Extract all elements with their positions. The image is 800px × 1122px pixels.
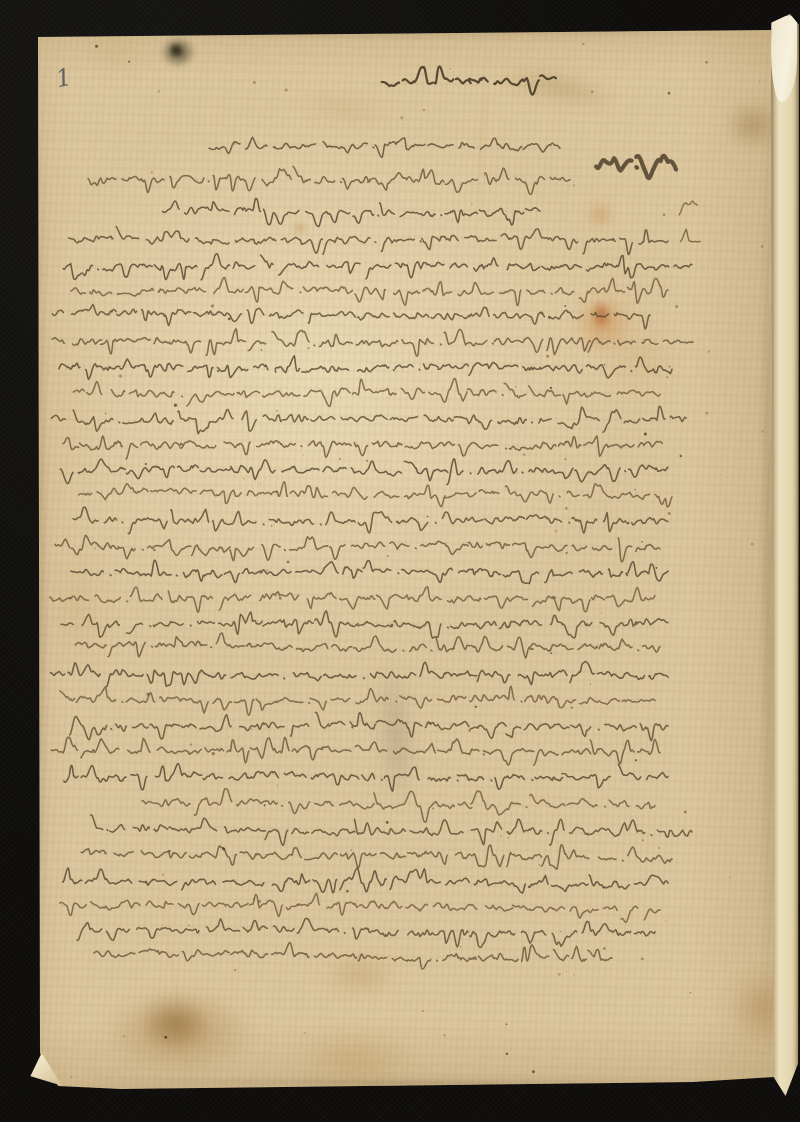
text-line [60,459,668,485]
paper-speck [380,885,381,886]
paper-speck [253,81,256,84]
text-line [59,356,672,379]
fore-edge-curl [771,16,797,102]
paper-speck [157,90,160,93]
paper-speck [346,890,349,893]
paper-speck [582,43,584,45]
text-line [51,737,660,765]
paper-speck [151,171,153,173]
paper-speck [94,548,96,550]
text-line [73,507,668,534]
paper-speck [339,458,341,460]
text-line [71,278,668,306]
text-line [70,712,668,740]
text-line [71,560,668,583]
paper-speck [211,304,214,307]
text-line [63,254,692,280]
paper-speck [111,239,112,240]
paper-speck [243,478,244,479]
text-line [69,227,668,255]
text-line [79,482,672,507]
paper-speck [468,729,471,732]
paper-speck [174,404,177,407]
text-line [51,662,668,687]
text-line [596,156,676,178]
paper-speck [591,91,593,93]
paper-speck [762,431,764,433]
paper-speck [665,919,667,921]
paper-speck [550,652,552,654]
paper-speck [276,410,278,412]
text-line [142,789,655,822]
text-line [681,229,701,242]
text-line [94,943,612,969]
paper-speck [590,684,591,685]
text-line [73,379,660,407]
paper-speck [123,1035,126,1038]
paper-speck [532,1070,535,1073]
paper-speck [533,889,534,890]
text-line [61,611,668,638]
paper-speck [558,973,561,976]
paper-speck [350,850,351,851]
paper-speck [720,474,721,475]
text-line [163,198,540,226]
paper-speck [422,1010,424,1012]
paper-speck [658,847,659,848]
paper-speck [70,262,72,264]
paper-speck [276,785,278,787]
paper-speck [162,874,164,876]
paper-speck [450,68,451,69]
paper-speck [164,1036,167,1039]
paper-speck [279,597,282,600]
text-line [63,436,662,459]
paper-speck [69,597,71,599]
paper-speck [523,453,526,456]
paper-speck [188,925,189,926]
paper-speck [573,974,574,975]
paper-speck [684,811,687,814]
text-line [52,329,693,356]
text-line [52,305,650,329]
paper-speck [264,804,266,806]
text-line [88,166,570,194]
paper-speck [564,305,566,307]
paper-speck [554,529,557,532]
paper-speck [400,116,403,119]
paper-speck [634,489,635,490]
paper-speck [153,549,156,552]
paper-speck [515,386,517,388]
paper-speck [667,377,668,378]
paper-speck [566,970,567,971]
paper-speck [146,693,149,696]
paper-speck [251,728,253,730]
paper-speck [287,561,290,564]
paper-speck [429,722,431,724]
paper-speck [751,543,754,546]
paper-speck [119,375,122,378]
paper-speck [432,807,434,809]
paper-speck [484,175,485,176]
paper-speck [641,958,644,961]
paper-speck [560,931,561,932]
paper-speck [506,1023,508,1025]
paper-speck [423,109,425,111]
paper-speck [706,412,709,415]
paper-speck [475,706,477,708]
paper-speck [128,61,130,63]
paper-speck [266,569,269,572]
paper-speck [386,821,389,824]
text-line [51,406,686,434]
paper-speck [761,245,764,248]
paper-speck [421,965,422,966]
paper-speck [729,877,730,878]
paper-speck [669,366,671,368]
paper-speck [566,552,568,554]
paper-speck [271,525,273,527]
paper-speck [546,355,549,358]
paper-speck [387,555,389,557]
paper-speck [500,835,502,837]
paper-speck [708,351,710,353]
paper-speck [366,460,368,462]
paper-speck [105,413,107,415]
paper-speck [190,743,192,745]
paper-speck [233,142,236,145]
paper-speck [644,432,647,435]
paper-speck [548,650,550,652]
paper-speck [506,1052,509,1055]
paper-speck [539,864,541,866]
paper-speck [565,507,568,510]
paper-speck [391,624,394,627]
paper-speck [635,759,637,761]
paper-speck [145,463,147,465]
paper-speck [601,612,603,614]
manuscript-page: 1 [0,0,800,1122]
paper-speck [276,595,278,597]
paper-speck [550,387,552,389]
text-line [81,845,672,870]
paper-speck [460,946,461,947]
paper-speck [66,366,68,368]
paper-speck [759,81,760,82]
paper-speck [285,89,288,92]
paper-speck [443,763,444,764]
manuscript-photo: 1 [0,0,800,1122]
text-line [77,918,655,947]
paper-speck [427,516,429,518]
paper-speck [258,900,261,903]
paper-speck [471,203,473,205]
paper-speck [71,1076,73,1078]
text-line [679,201,697,215]
paper-speck [604,364,605,365]
paper-speck [253,899,254,900]
paper-speck [48,371,49,372]
text-line [209,137,560,157]
paper-speck [234,969,236,971]
text-line [382,67,556,95]
paper-speck [222,847,225,850]
paper-speck [668,512,671,515]
paper-speck [443,1034,445,1036]
paper-speck [680,455,683,458]
handwriting-layer [0,0,800,1122]
paper-speck [95,45,98,48]
paper-speck [402,521,404,523]
paper-speck [663,214,665,216]
text-line [63,868,669,893]
paper-speck [571,707,573,709]
paper-speck [308,347,310,349]
paper-speck [603,947,605,949]
paper-speck [540,312,543,315]
paper-speck [641,541,643,543]
paper-speck [573,184,575,186]
paper-speck [705,61,708,64]
text-line [60,893,660,922]
paper-speck [212,752,215,755]
paper-speck [303,1032,305,1034]
paper-speck [303,455,305,457]
paper-speck [564,458,566,460]
paper-speck [690,992,692,994]
paper-speck [668,92,671,95]
text-line [50,587,655,613]
text-line [60,686,655,715]
paper-speck [168,850,170,852]
text-line [91,815,692,846]
text-line [55,535,660,561]
paper-speck [228,317,231,320]
paper-speck [261,349,263,351]
paper-speck [507,837,509,839]
paper-speck [260,483,261,484]
paper-speck [642,839,644,841]
paper-speck [656,567,658,569]
text-line [64,764,668,791]
paper-speck [675,305,678,308]
